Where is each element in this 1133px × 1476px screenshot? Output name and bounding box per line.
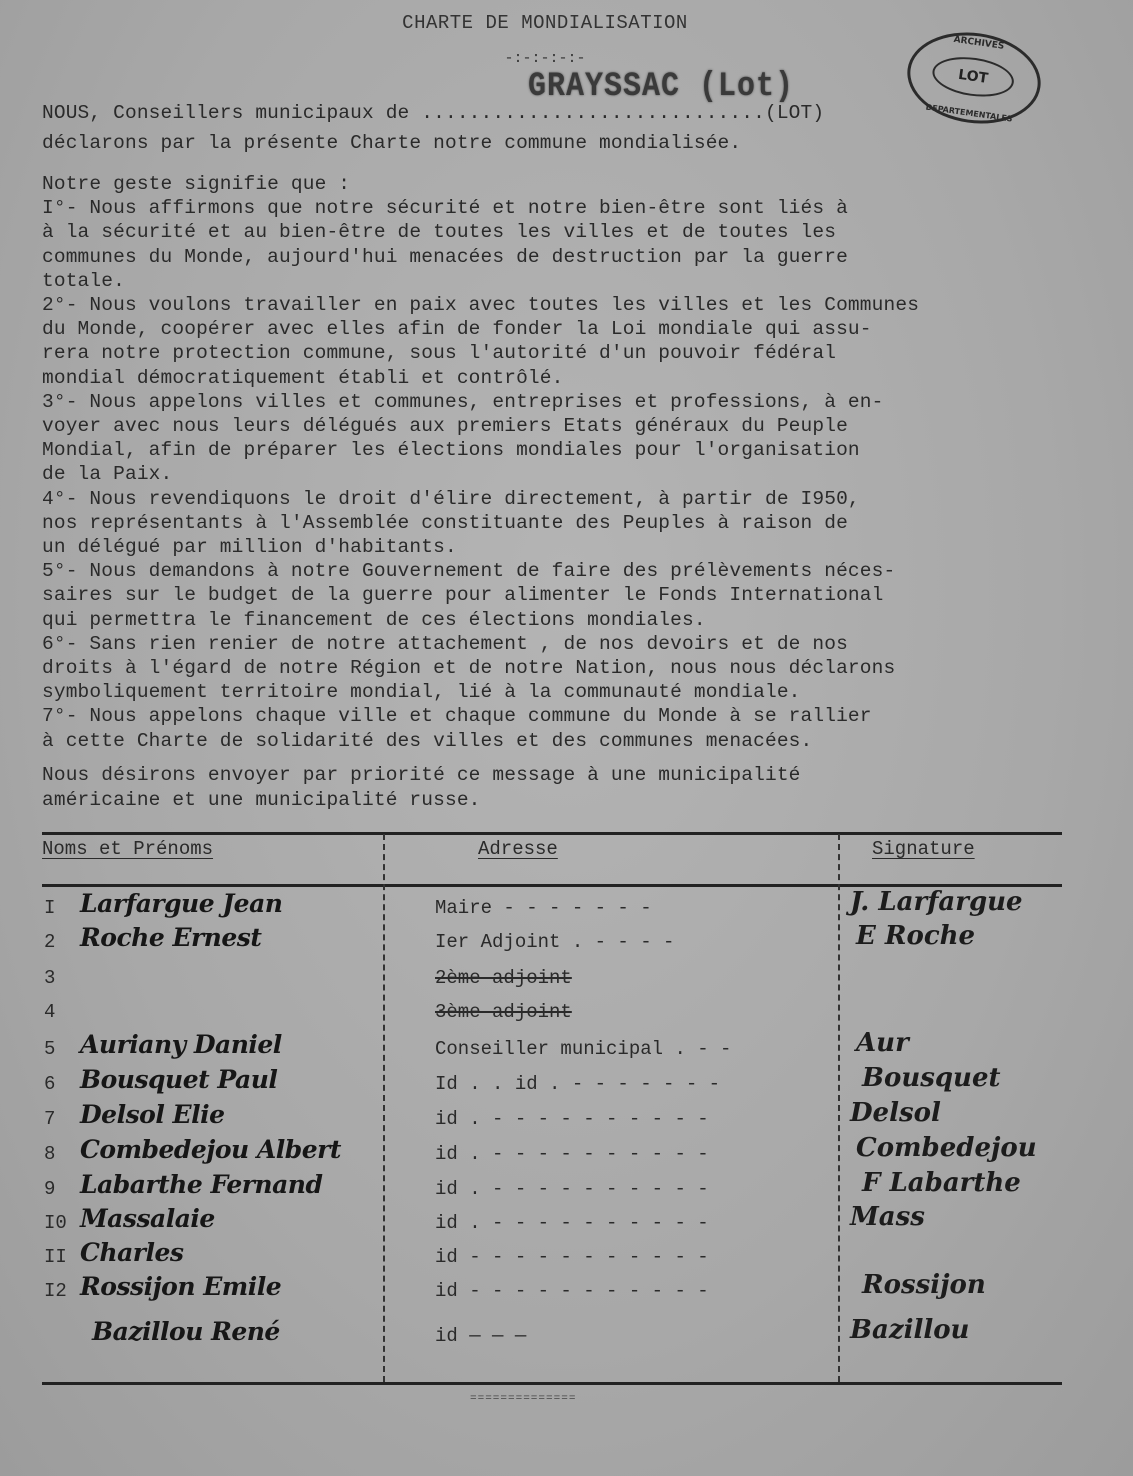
address-cell: Ier Adjoint . - - - - — [435, 931, 674, 953]
row-number: I2 — [44, 1280, 67, 1302]
document-page: CHARTE DE MONDIALISATION -:-:-:-:- ARCHI… — [0, 0, 1133, 1476]
signature: Combedejou — [856, 1133, 1037, 1163]
stamp-center-text: LOT — [930, 52, 1016, 101]
row-number: I0 — [44, 1212, 67, 1234]
row-number: 6 — [44, 1073, 55, 1095]
charter-line: nos représentants à l'Assemblée constitu… — [42, 511, 848, 535]
charter-line: Notre geste signifie que : — [42, 172, 350, 196]
signature: Bousquet — [862, 1063, 1001, 1093]
address-cell: Maire - - - - - - - — [435, 897, 652, 919]
handwritten-name: Combedejou Albert — [80, 1135, 341, 1164]
address-cell: id . - - - - - - - - - - — [435, 1178, 709, 1200]
charter-line: du Monde, coopérer avec elles afin de fo… — [42, 317, 872, 341]
handwritten-name: Bousquet Paul — [80, 1065, 277, 1094]
header-signature: Signature — [872, 838, 975, 860]
address-cell: id — — — — [435, 1325, 526, 1347]
charter-line: un délégué par million d'habitants. — [42, 535, 457, 559]
row-number: 9 — [44, 1178, 55, 1200]
signature: J. Larfargue — [850, 887, 1023, 917]
archives-stamp: ARCHIVES LOT DEPARTEMENTALES — [901, 24, 1046, 132]
signature: Aur — [856, 1028, 909, 1058]
row-number: 8 — [44, 1143, 55, 1165]
charter-line: saires sur le budget de la guerre pour a… — [42, 583, 884, 607]
handwritten-name: Roche Ernest — [80, 923, 261, 952]
row-number: 4 — [44, 1001, 55, 1023]
closing-line: américaine et une municipalité russe. — [42, 788, 481, 812]
charter-line: Mondial, afin de préparer les élections … — [42, 438, 860, 462]
charter-line: de la Paix. — [42, 462, 172, 486]
header-names: Noms et Prénoms — [42, 838, 213, 860]
header-address: Adresse — [478, 838, 558, 860]
address-cell: id - - - - - - - - - - - — [435, 1246, 709, 1268]
charter-line: droits à l'égard de notre Région et de n… — [42, 656, 895, 680]
address-cell: 3ème adjoint — [435, 1001, 572, 1023]
handwritten-name: Rossijon Emile — [80, 1272, 281, 1301]
charter-line: I°- Nous affirmons que notre sécurité et… — [42, 196, 848, 220]
charter-line: totale. — [42, 269, 125, 293]
handwritten-name: Labarthe Fernand — [80, 1170, 322, 1199]
charter-line: voyer avec nous leurs délégués aux premi… — [42, 414, 848, 438]
charter-line: à la sécurité et au bien-être de toutes … — [42, 220, 836, 244]
table-top-rule — [42, 832, 1062, 835]
handwritten-name: Bazillou René — [92, 1317, 280, 1346]
charter-line: symboliquement territoire mondial, lié à… — [42, 680, 801, 704]
row-number: 3 — [44, 967, 55, 989]
address-cell: Conseiller municipal . - - — [435, 1038, 731, 1060]
intro-line: déclarons par la présente Charte notre c… — [42, 131, 741, 155]
charter-line: 5°- Nous demandons à notre Gouvernement … — [42, 559, 895, 583]
signature: F Labarthe — [862, 1168, 1021, 1198]
row-number: 5 — [44, 1038, 55, 1060]
column-separator — [838, 834, 840, 1382]
address-cell: id . - - - - - - - - - - — [435, 1143, 709, 1165]
row-number: 7 — [44, 1108, 55, 1130]
handwritten-name: Delsol Elie — [80, 1100, 225, 1129]
charter-line: à cette Charte de solidarité des villes … — [42, 729, 812, 753]
intro-line: NOUS, Conseillers municipaux de ........… — [42, 101, 824, 125]
address-cell: id - - - - - - - - - - - — [435, 1280, 709, 1302]
row-number: I — [44, 897, 55, 919]
address-cell: id . - - - - - - - - - - — [435, 1212, 709, 1234]
handwritten-name: Charles — [80, 1238, 183, 1267]
closing-line: Nous désirons envoyer par priorité ce me… — [42, 763, 801, 787]
signature: Delsol — [850, 1098, 941, 1128]
stamp-bottom-text: DEPARTEMENTALES — [905, 100, 1033, 127]
address-cell: id . - - - - - - - - - - — [435, 1108, 709, 1130]
handwritten-name: Larfargue Jean — [80, 889, 282, 918]
address-cell: Id . . id . - - - - - - - — [435, 1073, 720, 1095]
signature: Bazillou — [850, 1315, 969, 1345]
charter-line: 7°- Nous appelons chaque ville et chaque… — [42, 704, 872, 728]
signature: Rossijon — [862, 1270, 986, 1300]
handwritten-name: Auriany Daniel — [80, 1030, 282, 1059]
signature: Mass — [850, 1202, 925, 1232]
charter-line: mondial démocratiquement établi et contr… — [42, 366, 563, 390]
footer-mark: ============== — [470, 1393, 576, 1405]
charter-line: qui permettra le financement de ces élec… — [42, 608, 706, 632]
signature: E Roche — [856, 921, 975, 951]
charter-line: 3°- Nous appelons villes et communes, en… — [42, 390, 884, 414]
row-number: II — [44, 1246, 67, 1268]
charter-line: 4°- Nous revendiquons le droit d'élire d… — [42, 487, 860, 511]
address-cell: 2ème adjoint — [435, 967, 572, 989]
table-bottom-rule — [42, 1382, 1062, 1385]
charter-line: rera notre protection commune, sous l'au… — [42, 341, 836, 365]
charter-line: 2°- Nous voulons travailler en paix avec… — [42, 293, 919, 317]
column-separator — [383, 834, 385, 1382]
charter-line: 6°- Sans rien renier de notre attachemen… — [42, 632, 848, 656]
charter-line: communes du Monde, aujourd'hui menacées … — [42, 245, 848, 269]
handwritten-name: Massalaie — [80, 1204, 215, 1233]
row-number: 2 — [44, 931, 55, 953]
